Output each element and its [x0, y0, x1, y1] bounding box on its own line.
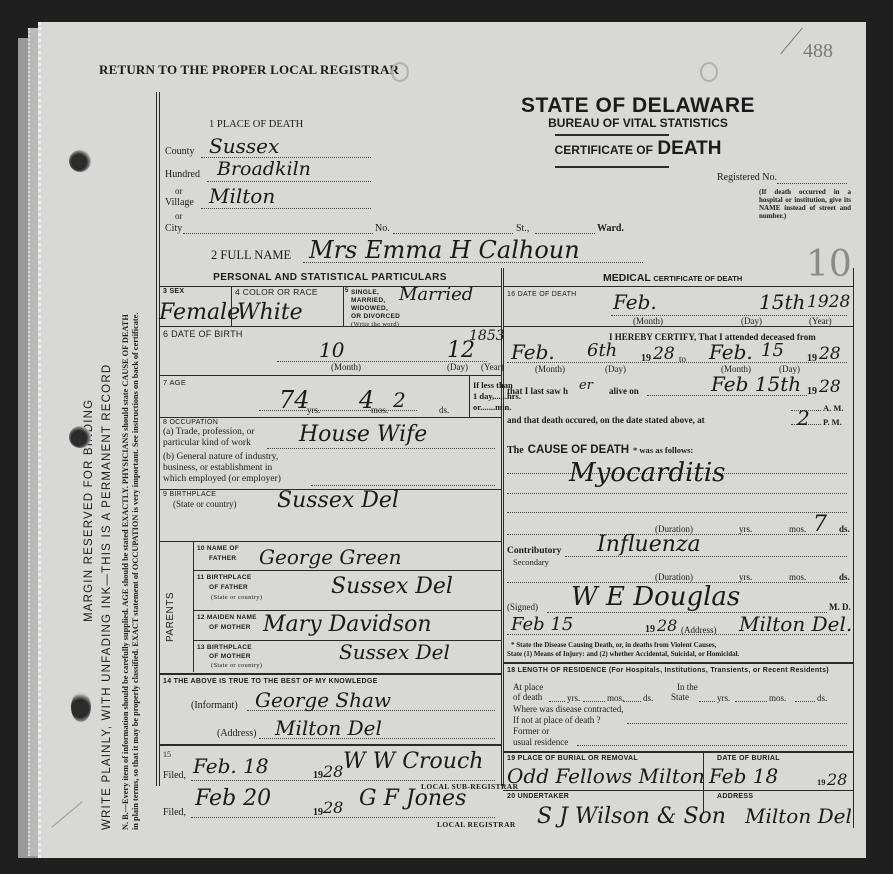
birthplace-label: 9 BIRTHPLACE [163, 491, 216, 498]
ds-caption: ds. [839, 524, 850, 534]
father-name-label-line: 10 NAME OF [197, 544, 239, 554]
state-ds-field[interactable] [795, 701, 815, 702]
time-of-death: 2 [797, 406, 810, 430]
contributory-label: Contributory [507, 546, 561, 556]
cell-divider [469, 375, 470, 417]
informant-address-label: (Address) [217, 728, 256, 739]
city-label: City [165, 223, 182, 234]
ds-caption: ds. [817, 693, 827, 703]
yrs-caption: yrs. [567, 693, 580, 703]
mother-name-value: Mary Davidson [263, 612, 432, 637]
race-label: 4 COLOR OR RACE [235, 287, 318, 297]
street-no-field[interactable] [393, 233, 513, 234]
at-place-line: of death [513, 692, 543, 702]
day-caption: (Day) [741, 316, 762, 326]
medical-heading: MEDICAL CERTIFICATE OF DEATH [603, 272, 742, 284]
file-number: 488 [803, 40, 833, 63]
registered-no-label: Registered No. [717, 172, 777, 183]
filed-sub-year: 28 [323, 762, 343, 781]
street-field[interactable] [535, 233, 595, 234]
marital-label-line: SINGLE, [351, 289, 400, 297]
burial-date-value: Feb 18 [709, 764, 778, 788]
am-label: A. M. [823, 403, 844, 413]
informant-value: George Shaw [255, 688, 391, 712]
age-label: 7 AGE [163, 378, 186, 387]
hundred-field[interactable] [207, 181, 371, 182]
parents-divider [193, 542, 194, 672]
parents-label: PARENTS [165, 592, 176, 642]
in-state-label: In the State [671, 682, 698, 702]
cause-field-line[interactable] [507, 493, 847, 494]
marital-label-line: WIDOWED, [351, 305, 400, 313]
birthplace-value: Sussex Del [277, 488, 399, 513]
mother-name-label-line: 12 MAIDEN NAME [197, 613, 257, 623]
medical-heading-rest: CERTIFICATE OF DEATH [653, 274, 742, 283]
footnote-line: State (1) Means of Injury: and (2) wheth… [507, 650, 739, 659]
section-rule [159, 744, 501, 746]
mother-name-label-line: OF MOTHER [197, 623, 257, 633]
last-saw-year-prefix: 19 [807, 386, 817, 397]
place-yrs-field[interactable] [549, 701, 565, 702]
marital-label-line: MARRIED, [351, 297, 400, 305]
father-birthplace-label: 11 BIRTHPLACE OF FATHER (State or countr… [197, 573, 262, 603]
year-caption: (Year) [481, 362, 504, 372]
to-label: to [679, 354, 686, 364]
corner-pencil-mark: 10 [806, 244, 852, 285]
frame-line [156, 92, 157, 786]
last-saw-label: that I last saw h [507, 386, 568, 396]
marital-label-line: OR DIVORCED [351, 313, 400, 321]
mos-caption: mos. [789, 572, 806, 582]
row-rule [159, 375, 501, 376]
former-residence-line: Former or [513, 726, 568, 737]
right-frame [853, 268, 854, 828]
mos-caption: mos. [769, 693, 786, 703]
attended-to-year: 28 [819, 344, 841, 364]
signed-year: 28 [657, 616, 677, 635]
title-cert-main: DEATH [657, 138, 721, 159]
row-rule [503, 790, 853, 791]
pencil-mark [780, 28, 803, 55]
attended-from-year-prefix: 19 [641, 353, 651, 364]
residence-heading-num: 18 [507, 667, 515, 674]
footnote-line: * State the Disease Causing Death, or, i… [507, 641, 739, 650]
disease-contracted-line: If not at place of death ? [513, 715, 623, 726]
row-rule [193, 570, 501, 571]
disease-contracted-label: Where was disease contracted, If not at … [513, 704, 623, 725]
mother-birthplace-label: 13 BIRTHPLACE OF MOTHER (State or countr… [197, 643, 262, 670]
frame-line [159, 92, 160, 786]
undertaker-value: S J Wilson & Son [537, 804, 726, 829]
mother-name-label: 12 MAIDEN NAME OF MOTHER [197, 613, 257, 633]
death-certificate: 488 10 RETURN TO THE PROPER LOCAL REGIST… [38, 22, 866, 858]
ds-caption: ds. [643, 693, 653, 703]
duration-days: 7 [813, 512, 827, 537]
father-name-label: 10 NAME OF FATHER [197, 544, 239, 564]
marital-label: SINGLE, MARRIED, WIDOWED, OR DIVORCED (W… [351, 289, 400, 329]
undertaker-address-label: ADDRESS [717, 793, 753, 800]
occupation-b-line: (b) General nature of industry, [163, 452, 281, 463]
hospital-note: (If death occurred in a hospital or inst… [759, 188, 851, 220]
title-certificate: CERTIFICATE OF DEATH [497, 138, 779, 160]
year-caption: (Year) [809, 316, 832, 326]
county-label: County [165, 146, 194, 157]
month-caption: (Month) [633, 316, 663, 326]
row-rule [193, 610, 501, 611]
day-caption: (Day) [447, 362, 468, 372]
duration-label: (Duration) [655, 572, 693, 582]
binding-hole [71, 692, 91, 722]
yrs-caption: yrs. [717, 693, 730, 703]
at-place-label: At place of death [513, 682, 543, 702]
pm-label: P. M. [823, 417, 842, 427]
state-mos-field[interactable] [735, 701, 767, 702]
row-rule [159, 541, 501, 542]
in-state-line: In the [671, 682, 698, 692]
dob-month: 10 [319, 338, 344, 362]
section-rule [503, 751, 853, 753]
less-than-day: If less than 1 day,......hrs. or.......m… [473, 380, 521, 413]
filed-label: Filed, [163, 770, 186, 781]
sex-label: 3 SEX [163, 288, 184, 295]
date-of-death-day: 15th [759, 290, 805, 314]
birthplace-sublabel: (State or country) [173, 499, 236, 509]
title-cert-prefix: CERTIFICATE OF [555, 143, 653, 157]
attended-to-day: 15 [761, 340, 784, 361]
section-rule [159, 673, 501, 675]
yrs-caption: yrs. [739, 572, 752, 582]
row-rule [503, 326, 853, 327]
attended-to-month: Feb. [709, 340, 753, 364]
in-state-line: State [671, 692, 698, 702]
filed-local-year: 28 [323, 798, 343, 817]
or-label: or [175, 186, 183, 196]
month-caption: (Month) [535, 364, 565, 374]
filing-num: 15 [163, 750, 171, 759]
return-to-registrar-header: RETURN TO THE PROPER LOCAL REGISTRAR [99, 62, 399, 78]
full-name-value: Mrs Emma H Calhoun [309, 236, 580, 264]
dob-year: 1853 [469, 328, 505, 344]
signed-label: (Signed) [507, 602, 538, 612]
dob-label: 6 DATE OF BIRTH [163, 329, 243, 339]
date-of-death-year: 1928 [807, 292, 850, 312]
filed-local-date: Feb 20 [195, 786, 271, 811]
father-birthplace-label-line: 11 BIRTHPLACE [197, 573, 262, 583]
binding-hole [69, 426, 91, 448]
death-occurred-statement: and that death occured, on the date stat… [507, 415, 705, 425]
cause-field-line[interactable] [507, 512, 847, 513]
burial-year-value: 28 [827, 770, 847, 789]
sub-registrar-signature: W W Crouch [343, 749, 483, 774]
village-label: Village [165, 197, 194, 208]
city-field[interactable] [183, 233, 373, 234]
filed-sub-year-prefix: 19 [313, 770, 323, 781]
burial-year-prefix: 19 [817, 777, 826, 787]
marital-value: Married [399, 284, 473, 305]
filed-local-field[interactable] [191, 817, 495, 818]
residence-heading: 18 LENGTH OF RESIDENCE (For Hospitals, I… [507, 667, 829, 674]
occupation-field[interactable] [267, 448, 495, 449]
hundred-label: Hundred [165, 169, 200, 180]
mother-birthplace-label-line: OF MOTHER [197, 652, 262, 661]
physician-address-label: (Address) [681, 625, 717, 635]
secondary-label: Secondary [513, 557, 549, 567]
cause-prefix: The [507, 445, 524, 456]
cell-divider [343, 286, 344, 326]
marital-num: 5 [345, 288, 349, 294]
cause-suffix: * was as follows: [633, 445, 693, 455]
burial-date-label: DATE OF BURIAL [717, 755, 780, 762]
cause-heading: The CAUSE OF DEATH * was as follows: [507, 440, 693, 458]
mos-caption: mos. [789, 524, 806, 534]
age-days: 2 [393, 388, 406, 412]
local-registrar-signature: G F Jones [359, 786, 466, 811]
signed-date: Feb 15 [511, 614, 573, 635]
disease-contracted-line: Where was disease contracted, [513, 704, 623, 715]
mos-caption: mos. [607, 693, 624, 703]
yrs-caption: yrs. [307, 405, 320, 415]
last-saw-date: Feb 15th [711, 372, 801, 396]
burial-place-label: 19 PLACE OF BURIAL OR REMOVAL [507, 755, 638, 762]
title-state: STATE OF DELAWARE [497, 94, 779, 118]
attended-from-year: 28 [653, 344, 675, 364]
occupation-a-line: (a) Trade, profession, or [163, 427, 255, 438]
ds-caption: ds. [839, 572, 850, 582]
st-label: St., [516, 223, 529, 234]
former-residence-line: usual residence [513, 737, 568, 748]
filed-sub-date: Feb. 18 [193, 754, 269, 778]
former-residence-field[interactable] [577, 745, 847, 746]
row-rule [503, 286, 853, 287]
physician-signature: W E Douglas [571, 582, 740, 612]
attended-from-day: 6th [587, 340, 617, 361]
ds-caption: ds. [439, 405, 449, 415]
month-caption: (Month) [331, 362, 361, 372]
last-saw-year: 28 [819, 377, 841, 397]
place-mos-field[interactable] [583, 701, 605, 702]
medical-heading-bold: MEDICAL [603, 272, 651, 284]
undertaker-address-value: Milton Del [745, 804, 852, 828]
village-value: Milton [209, 184, 275, 208]
physician-address-value: Milton Del. [739, 612, 852, 636]
at-place-line: At place [513, 682, 543, 692]
paper-crease [51, 801, 82, 827]
occupation-value: House Wife [299, 422, 427, 447]
undertaker-label: 20 UNDERTAKER [507, 793, 569, 800]
no-label: No. [375, 223, 390, 234]
state-yrs-field[interactable] [699, 701, 715, 702]
mother-birthplace-label-line: 13 BIRTHPLACE [197, 643, 262, 652]
attended-to-year-prefix: 19 [807, 353, 817, 364]
day-caption: (Day) [605, 364, 626, 374]
industry-field[interactable] [311, 485, 495, 486]
occupation-b-line: which employed (or employer) [163, 474, 281, 485]
last-saw-pronoun: er [579, 378, 593, 393]
informant-label: (Informant) [191, 700, 238, 711]
father-name-label-line: FATHER [197, 554, 239, 564]
date-of-death-month: Feb. [613, 290, 657, 314]
marital-label-line: (Write the word) [351, 321, 400, 329]
binding-hole [69, 150, 91, 172]
title-rule [555, 166, 669, 168]
alive-on-label: alive on [609, 386, 639, 396]
county-value: Sussex [209, 134, 279, 158]
local-registrar-caption: LOCAL REGISTRAR [437, 820, 516, 829]
race-value: White [237, 300, 303, 325]
mother-birthplace-value: Sussex Del [339, 640, 450, 664]
occupation-a-label: (a) Trade, profession, or particular kin… [163, 427, 255, 449]
write-plainly-text: WRITE PLAINLY, WITH UNFADING INK—THIS IS… [101, 364, 113, 830]
less-than-line: or.......min. [473, 402, 521, 413]
father-name-value: George Green [259, 545, 402, 569]
punch-ring [391, 62, 409, 82]
attended-field[interactable] [507, 362, 847, 363]
row-rule [159, 417, 501, 418]
filed-local-year-prefix: 19 [313, 807, 323, 818]
father-birthplace-value: Sussex Del [331, 574, 453, 599]
sex-value: Female [159, 300, 240, 325]
nb-instructions-line2: in plain terms, so that it may be proper… [131, 313, 140, 830]
disease-contracted-field[interactable] [627, 723, 847, 724]
occupation-label: 8 OCCUPATION [163, 419, 218, 426]
mother-birthplace-label-line: (State or country) [197, 661, 262, 670]
occupation-b-label: (b) General nature of industry, business… [163, 452, 281, 485]
occupation-b-line: business, or establishment in [163, 463, 281, 474]
residence-heading-text: LENGTH OF RESIDENCE (For Hospitals, Inst… [518, 667, 829, 674]
burial-place-value: Odd Fellows Milton [507, 764, 705, 788]
village-field[interactable] [201, 208, 371, 209]
cell-divider [231, 286, 232, 326]
md-label: M. D. [829, 602, 851, 612]
full-name-label: 2 FULL NAME [211, 248, 291, 263]
ward-label: Ward. [597, 223, 624, 234]
cause-footnote: * State the Disease Causing Death, or, i… [507, 641, 739, 658]
hundred-value: Broadkiln [217, 158, 311, 180]
center-divider [501, 268, 502, 786]
cause-heading-text: CAUSE OF DEATH [528, 444, 629, 456]
place-ds-field[interactable] [623, 701, 641, 702]
father-birthplace-label-line: OF FATHER [197, 583, 262, 593]
or-label: or [175, 211, 183, 221]
former-residence-label: Former or usual residence [513, 726, 568, 747]
age-years: 74 [279, 386, 310, 414]
date-of-death-label: 16 DATE OF DEATH [507, 291, 577, 298]
attended-from-month: Feb. [511, 340, 555, 364]
filed-label: Filed, [163, 807, 186, 818]
center-divider [503, 268, 504, 786]
personal-particulars-heading: PERSONAL AND STATISTICAL PARTICULARS [159, 272, 501, 283]
punch-ring [700, 62, 718, 82]
occupation-a-line: particular kind of work [163, 438, 255, 449]
place-of-death-label: 1 PLACE OF DEATH [209, 119, 303, 130]
informant-address-value: Milton Del [275, 716, 382, 740]
signed-year-prefix: 19 [645, 624, 655, 635]
mos-caption: mos. [371, 405, 388, 415]
cause-of-death-value: Myocarditis [569, 458, 726, 488]
father-birthplace-label-line: (State or country) [197, 593, 262, 603]
informant-heading: 14 THE ABOVE IS TRUE TO THE BEST OF MY K… [163, 678, 378, 685]
row-rule [159, 326, 501, 327]
registered-no-field[interactable] [777, 182, 847, 184]
title-rule [555, 134, 669, 136]
yrs-caption: yrs. [739, 524, 752, 534]
contributory-value: Influenza [597, 532, 701, 557]
section-rule [503, 662, 853, 664]
nb-instructions-line1: N. B.—Every item of information should b… [121, 314, 130, 830]
title-bureau: BUREAU OF VITAL STATISTICS [497, 116, 779, 130]
